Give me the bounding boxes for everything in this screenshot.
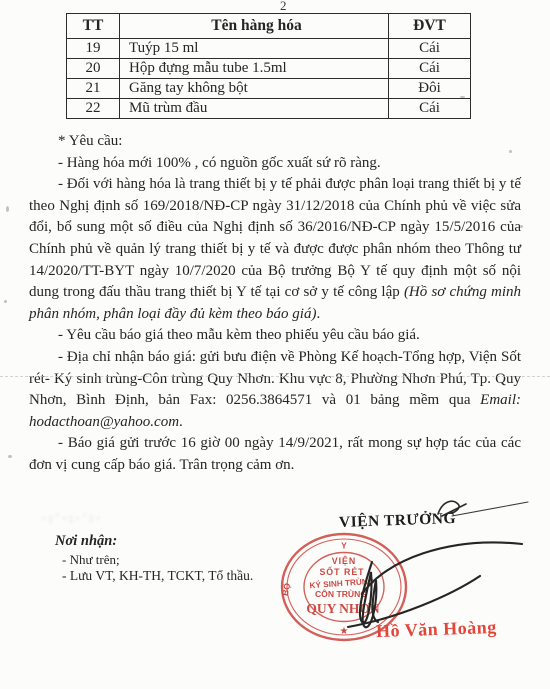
recipients-item: - Lưu VT, KH-TH, TCKT, Tổ thầu.: [62, 568, 253, 584]
items-table: TT Tên hàng hóa ĐVT 19 Tuýp 15 ml Cái 20…: [66, 13, 471, 119]
cell-tt: 19: [67, 39, 120, 59]
scan-artifact-line: [0, 376, 550, 377]
cell-tt: 21: [67, 79, 120, 99]
paragraph-text: - Đối với hàng hóa là trang thiết bị y t…: [29, 176, 521, 300]
paragraph-tail: .: [179, 414, 183, 430]
paragraph-quote-address: - Địa chỉ nhận báo giá: gửi bưu điện về …: [29, 347, 521, 433]
paragraph-tail: .: [316, 306, 320, 322]
paragraph-medical-classification: - Đối với hàng hóa là trang thiết bị y t…: [29, 174, 521, 325]
pen-scribble: [432, 494, 532, 520]
header-tt: TT: [67, 14, 120, 39]
scan-speck: [520, 225, 523, 228]
cell-name: Tuýp 15 ml: [120, 39, 389, 59]
requirements-body: * Yêu cầu: - Hàng hóa mới 100% , có nguồ…: [29, 131, 521, 477]
table-row: 20 Hộp đựng mẫu tube 1.5ml Cái: [67, 59, 471, 79]
header-dvt: ĐVT: [389, 14, 471, 39]
scan-smudge: ·:˙·:·˙:·: [42, 511, 152, 526]
recipients-label: Nơi nhận:: [55, 533, 117, 550]
table-row: 21 Găng tay không bột Đôi: [67, 79, 471, 99]
cell-dvt: Cái: [389, 39, 471, 59]
cell-dvt: Cái: [389, 99, 471, 119]
scan-speck: [509, 150, 512, 153]
cell-dvt: Đôi: [389, 79, 471, 99]
paragraph-deadline: - Báo giá gửi trước 16 giờ 00 ngày 14/9/…: [29, 433, 521, 476]
cell-tt: 20: [67, 59, 120, 79]
scan-speck: [8, 455, 12, 458]
table-row: 22 Mũ trùm đầu Cái: [67, 99, 471, 119]
table-row: 19 Tuýp 15 ml Cái: [67, 39, 471, 59]
page-number: 2: [280, 0, 287, 14]
cell-dvt: Cái: [389, 59, 471, 79]
cell-name: Hộp đựng mẫu tube 1.5ml: [120, 59, 389, 79]
header-name: Tên hàng hóa: [120, 14, 389, 39]
recipients-item: - Như trên;: [62, 552, 120, 568]
cell-tt: 22: [67, 99, 120, 119]
requirements-heading: * Yêu cầu:: [29, 131, 521, 153]
cell-name: Mũ trùm đầu: [120, 99, 389, 119]
cell-name: Găng tay không bột: [120, 79, 389, 99]
paragraph-quote-form: - Yêu cầu báo giá theo mẫu kèm theo phiế…: [29, 325, 521, 347]
stamp-ring-left-text: BỘ: [279, 582, 292, 597]
scan-speck: [460, 96, 465, 98]
paragraph-goods-origin: - Hàng hóa mới 100% , có nguồn gốc xuất …: [29, 153, 521, 175]
paragraph-text: - Địa chỉ nhận báo giá: gửi bưu điện về …: [29, 349, 521, 408]
scan-speck: [4, 300, 7, 303]
director-name: Hồ Văn Hoàng: [376, 617, 497, 642]
scan-speck: [6, 206, 9, 212]
table-header-row: TT Tên hàng hóa ĐVT: [67, 14, 471, 39]
